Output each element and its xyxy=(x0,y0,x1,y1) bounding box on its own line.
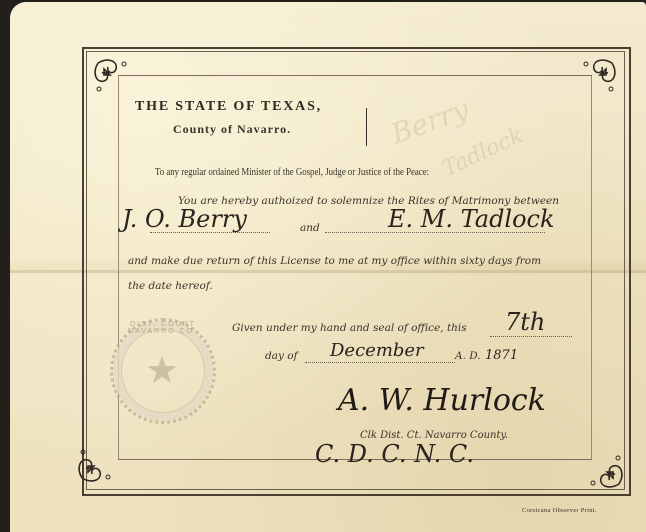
ornament-corner-bottom-right-icon xyxy=(583,448,627,492)
ornament-corner-bottom-left-icon xyxy=(74,442,118,486)
bride-name: E. M. Tadlock xyxy=(388,205,555,233)
date-hereof: the date hereof. xyxy=(128,280,213,292)
header-bracket xyxy=(366,108,368,146)
year-value: 1871 xyxy=(485,348,518,363)
clerk-initials: C. D. C. N. C. xyxy=(315,440,474,468)
ornament-corner-top-right-icon xyxy=(576,55,620,99)
month-dotted-line xyxy=(305,362,455,363)
given-under-hand-text: Given under my hand and seal of office, … xyxy=(232,322,467,334)
day-of-label: day of xyxy=(265,350,297,362)
state-title: THE STATE OF TEXAS, xyxy=(135,99,322,115)
day-value: 7th xyxy=(505,308,545,336)
month-value: December xyxy=(330,340,424,361)
and-connector: and xyxy=(300,222,320,234)
ad-label: A. D. xyxy=(455,350,481,362)
address-line: To any regular ordained Minister of the … xyxy=(155,167,429,178)
printer-credit: Corsicana Observer Print. xyxy=(522,507,597,514)
county-name: County of Navarro. xyxy=(173,122,291,137)
ornament-corner-top-left-icon xyxy=(90,55,134,99)
day-dotted-line xyxy=(490,336,572,337)
embossed-seal: DIST. COURT NAVARRO CO. ★ xyxy=(110,318,216,424)
clerk-signature: A. W. Hurlock xyxy=(338,383,546,418)
return-instruction: and make due return of this License to m… xyxy=(128,255,541,267)
star-icon: ★ xyxy=(145,351,179,389)
groom-name: J. O. Berry xyxy=(122,205,247,233)
